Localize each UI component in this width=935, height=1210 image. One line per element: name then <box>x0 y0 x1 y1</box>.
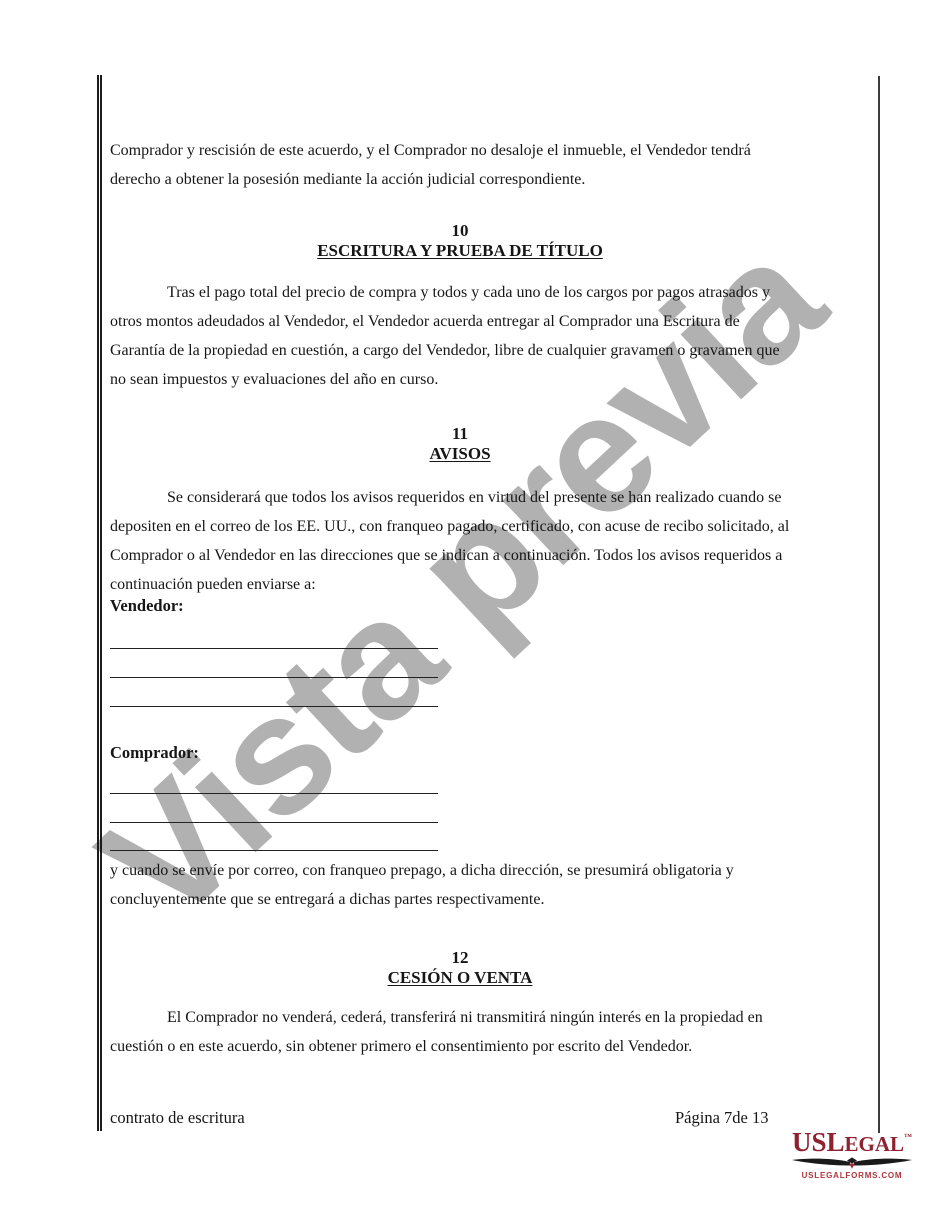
text-line: cuestión o en este acuerdo, sin obtener … <box>110 1032 763 1061</box>
text-line: y cuando se envíe por correo, con franqu… <box>110 856 734 885</box>
text-line: Comprador y rescisión de este acuerdo, y… <box>110 136 751 165</box>
text-line: Se considerará que todos los avisos requ… <box>110 483 789 512</box>
logo-site-text: USLEGALFORMS.COM <box>784 1171 920 1180</box>
text-line: no sean impuestos y evaluaciones del año… <box>110 365 780 394</box>
buyer-address-line-1 <box>110 793 438 794</box>
footer-doc-title: contrato de escritura <box>110 1108 245 1128</box>
logo-wordmark-main: USL <box>792 1127 845 1157</box>
left-border-rule <box>97 75 102 1131</box>
section-11-paragraph: Se considerará que todos los avisos requ… <box>110 483 789 599</box>
section-10-number: 10 <box>110 221 810 241</box>
section-10-paragraph: Tras el pago total del precio de compra … <box>110 278 780 394</box>
logo-wordmark: USLEGAL™ <box>784 1129 920 1156</box>
text-line: Comprador o al Vendedor en las direccion… <box>110 541 789 570</box>
section-11-number: 11 <box>110 424 810 444</box>
footer-page-number: Página 7de 13 <box>675 1108 768 1128</box>
eagle-icon <box>790 1157 914 1170</box>
section-12-paragraph: El Comprador no venderá, cederá, transfe… <box>110 1003 763 1061</box>
text-line: El Comprador no venderá, cederá, transfe… <box>110 1003 763 1032</box>
vendor-address-line-2 <box>110 677 438 678</box>
text-line: otros montos adeudados al Vendedor, el V… <box>110 307 780 336</box>
vendor-label: Vendedor: <box>110 596 184 616</box>
trademark-symbol: ™ <box>904 1132 912 1141</box>
text-line: Garantía de la propiedad en cuestión, a … <box>110 336 780 365</box>
buyer-address-line-2 <box>110 822 438 823</box>
text-line: derecho a obtener la posesión mediante l… <box>110 165 751 194</box>
logo-wordmark-rest: EGAL <box>845 1132 905 1156</box>
section-10-title: ESCRITURA Y PRUEBA DE TÍTULO <box>110 241 810 261</box>
section-12-heading: 12 CESIÓN O VENTA <box>110 948 810 988</box>
section-11-heading: 11 AVISOS <box>110 424 810 464</box>
text-line: Tras el pago total del precio de compra … <box>110 278 780 307</box>
text-line: concluyentemente que se entregará a dich… <box>110 885 734 914</box>
section-12-number: 12 <box>110 948 810 968</box>
mail-paragraph: y cuando se envíe por correo, con franqu… <box>110 856 734 914</box>
right-border-rule <box>878 76 880 1133</box>
buyer-address-line-3 <box>110 850 438 851</box>
uslegal-logo: USLEGAL™ USLEGALFORMS.COM <box>784 1129 920 1180</box>
paragraph-intro: Comprador y rescisión de este acuerdo, y… <box>110 136 751 194</box>
buyer-label: Comprador: <box>110 743 199 763</box>
vendor-address-line-1 <box>110 648 438 649</box>
vendor-address-line-3 <box>110 706 438 707</box>
section-12-title: CESIÓN O VENTA <box>110 968 810 988</box>
document-page: Vista previa Comprador y rescisión de es… <box>0 0 935 1210</box>
section-10-heading: 10 ESCRITURA Y PRUEBA DE TÍTULO <box>110 221 810 261</box>
text-line: depositen en el correo de los EE. UU., c… <box>110 512 789 541</box>
section-11-title: AVISOS <box>110 444 810 464</box>
text-line: continuación pueden enviarse a: <box>110 570 789 599</box>
